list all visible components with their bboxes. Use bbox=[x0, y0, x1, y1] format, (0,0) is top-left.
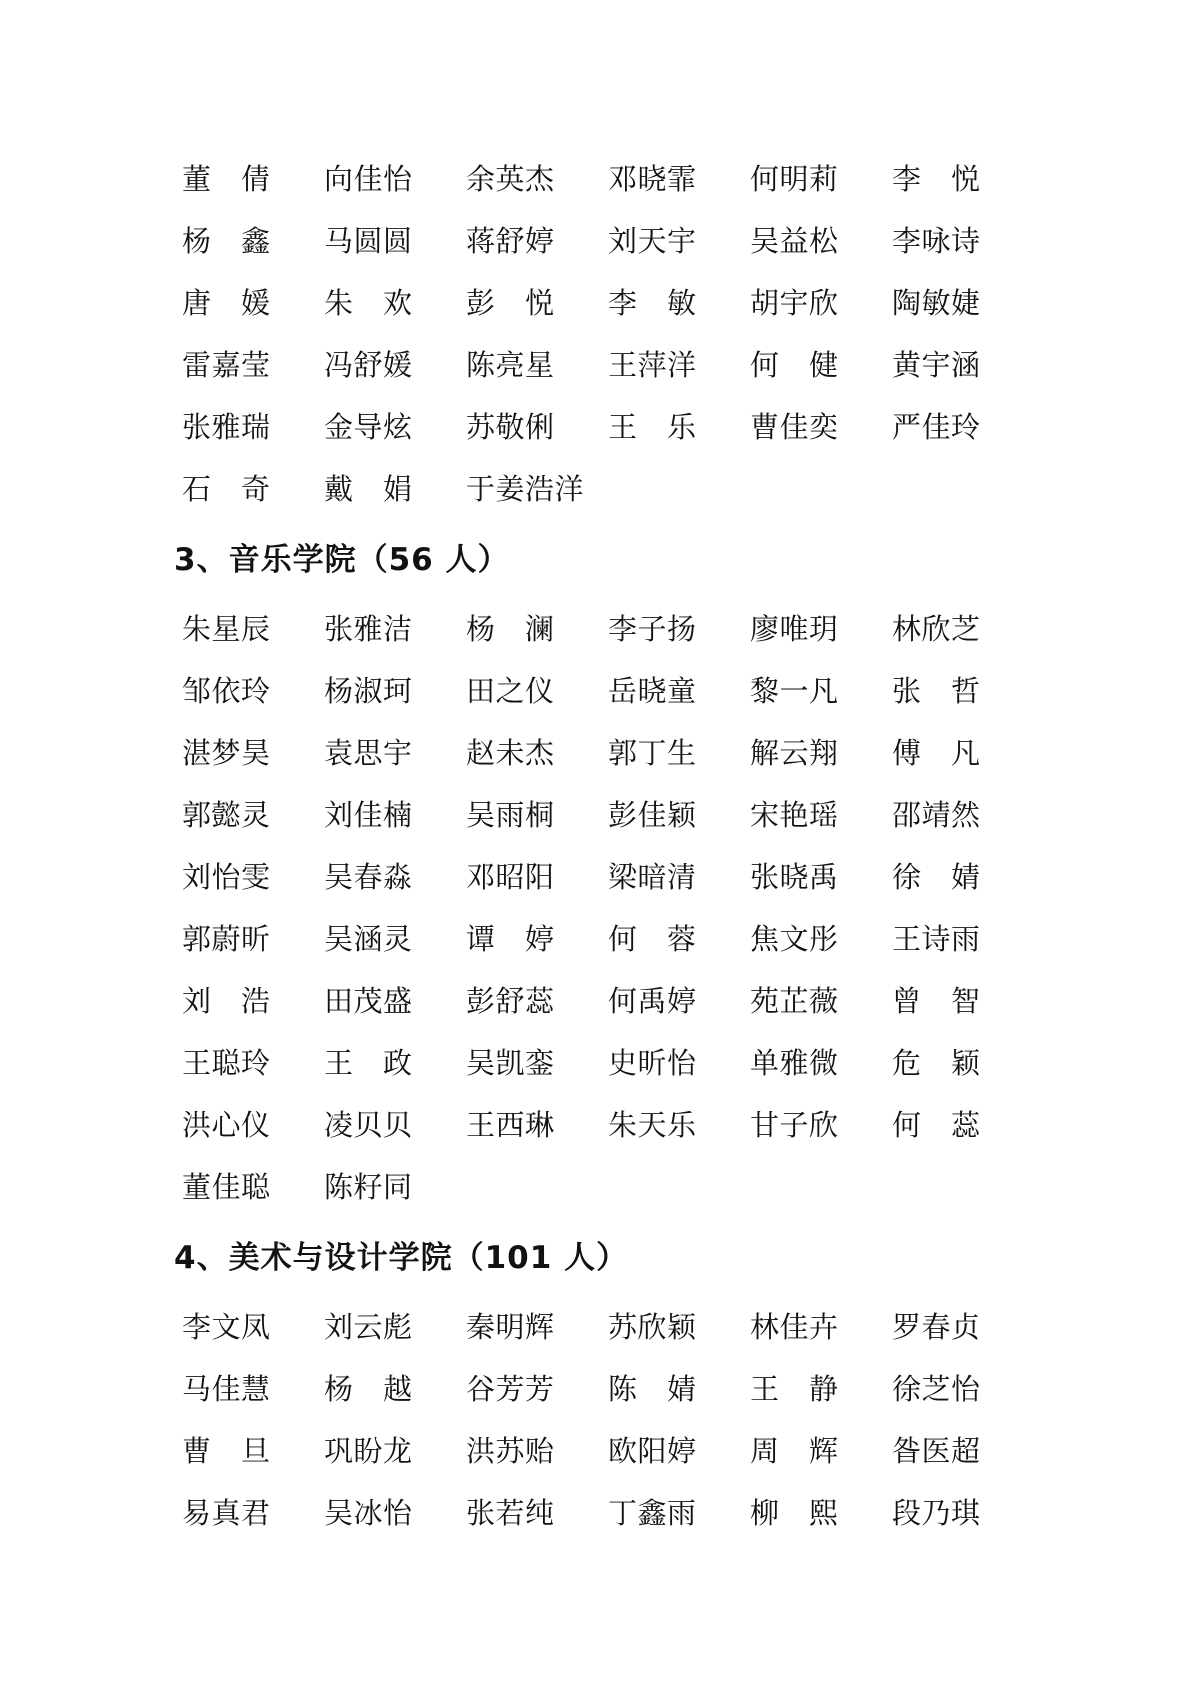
name-cell: 杨 越 bbox=[324, 1374, 466, 1404]
name-row: 刘 浩田茂盛彭舒蕊何禹婷苑芷薇曾 智 bbox=[182, 970, 1012, 1032]
name-cell: 单雅微 bbox=[750, 1048, 892, 1078]
name-cell: 彭 悦 bbox=[466, 288, 608, 318]
name-cell: 廖唯玥 bbox=[750, 614, 892, 644]
name-cell: 唐 媛 bbox=[182, 288, 324, 318]
name-cell: 董佳聪 bbox=[182, 1172, 324, 1202]
name-cell: 昝医超 bbox=[892, 1436, 1034, 1466]
name-cell: 杨淑珂 bbox=[324, 676, 466, 706]
name-cell: 李 悦 bbox=[892, 164, 1034, 194]
name-cell: 何 蓉 bbox=[608, 924, 750, 954]
name-cell: 何 蕊 bbox=[892, 1110, 1034, 1140]
name-cell: 秦明辉 bbox=[466, 1312, 608, 1342]
name-cell: 甘子欣 bbox=[750, 1110, 892, 1140]
name-cell: 谷芳芳 bbox=[466, 1374, 608, 1404]
name-cell: 张雅洁 bbox=[324, 614, 466, 644]
name-cell: 吴涵灵 bbox=[324, 924, 466, 954]
name-cell: 赵未杰 bbox=[466, 738, 608, 768]
name-row: 刘怡雯吴春淼邓昭阳梁暗清张晓禹徐 婧 bbox=[182, 846, 1012, 908]
name-cell: 雷嘉莹 bbox=[182, 350, 324, 380]
name-cell: 刘怡雯 bbox=[182, 862, 324, 892]
name-row: 朱星辰张雅洁杨 澜李子扬廖唯玥林欣芝 bbox=[182, 598, 1012, 660]
name-cell: 吴雨桐 bbox=[466, 800, 608, 830]
name-cell: 李文凤 bbox=[182, 1312, 324, 1342]
name-row: 洪心仪凌贝贝王西琳朱天乐甘子欣何 蕊 bbox=[182, 1094, 1012, 1156]
name-cell: 石 奇 bbox=[182, 474, 324, 504]
name-row: 郭懿灵刘佳楠吴雨桐彭佳颖宋艳瑶邵靖然 bbox=[182, 784, 1012, 846]
name-cell: 陶敏婕 bbox=[892, 288, 1034, 318]
name-cell: 刘佳楠 bbox=[324, 800, 466, 830]
names-grid: 朱星辰张雅洁杨 澜李子扬廖唯玥林欣芝邹依玲杨淑珂田之仪岳晓童黎一凡张 哲湛梦昊袁… bbox=[182, 598, 1012, 1218]
name-cell: 何 健 bbox=[750, 350, 892, 380]
name-cell: 王 静 bbox=[750, 1374, 892, 1404]
name-cell: 徐芝怡 bbox=[892, 1374, 1034, 1404]
name-cell: 李咏诗 bbox=[892, 226, 1034, 256]
name-cell: 李子扬 bbox=[608, 614, 750, 644]
name-row: 雷嘉莹冯舒媛陈亮星王萍洋何 健黄宇涵 bbox=[182, 334, 1012, 396]
name-cell: 戴 娟 bbox=[324, 474, 466, 504]
name-cell: 曹佳奕 bbox=[750, 412, 892, 442]
name-row: 湛梦昊袁思宇赵未杰郭丁生解云翔傅 凡 bbox=[182, 722, 1012, 784]
name-cell: 何禹婷 bbox=[608, 986, 750, 1016]
name-cell: 吴凯銮 bbox=[466, 1048, 608, 1078]
name-row: 王聪玲王 政吴凯銮史昕怡单雅微危 颖 bbox=[182, 1032, 1012, 1094]
name-cell: 田茂盛 bbox=[324, 986, 466, 1016]
name-cell: 何明莉 bbox=[750, 164, 892, 194]
name-cell: 刘 浩 bbox=[182, 986, 324, 1016]
name-cell: 张 哲 bbox=[892, 676, 1034, 706]
name-cell: 邵靖然 bbox=[892, 800, 1034, 830]
name-cell: 罗春贞 bbox=[892, 1312, 1034, 1342]
name-row: 杨 鑫马圆圆蒋舒婷刘天宇吴益松李咏诗 bbox=[182, 210, 1012, 272]
name-cell: 蒋舒婷 bbox=[466, 226, 608, 256]
name-cell: 郭懿灵 bbox=[182, 800, 324, 830]
name-cell: 邓昭阳 bbox=[466, 862, 608, 892]
name-row: 曹 旦巩盼龙洪苏贻欧阳婷周 辉昝医超 bbox=[182, 1420, 1012, 1482]
name-cell: 洪心仪 bbox=[182, 1110, 324, 1140]
name-cell: 梁暗清 bbox=[608, 862, 750, 892]
name-cell: 朱天乐 bbox=[608, 1110, 750, 1140]
section-heading: 3、音乐学院（56 人） bbox=[174, 536, 1012, 584]
name-row: 易真君吴冰怡张若纯丁鑫雨柳 熙段乃琪 bbox=[182, 1482, 1012, 1544]
name-cell: 陈 婧 bbox=[608, 1374, 750, 1404]
name-cell: 危 颖 bbox=[892, 1048, 1034, 1078]
name-cell: 苑芷薇 bbox=[750, 986, 892, 1016]
name-cell: 岳晓童 bbox=[608, 676, 750, 706]
name-cell: 李 敏 bbox=[608, 288, 750, 318]
name-cell: 马佳慧 bbox=[182, 1374, 324, 1404]
name-cell: 郭蔚昕 bbox=[182, 924, 324, 954]
name-cell: 徐 婧 bbox=[892, 862, 1034, 892]
name-cell: 邓晓霏 bbox=[608, 164, 750, 194]
document-page: 董 倩向佳怡余英杰邓晓霏何明莉李 悦杨 鑫马圆圆蒋舒婷刘天宇吴益松李咏诗唐 媛朱… bbox=[0, 0, 1191, 1684]
name-cell: 冯舒媛 bbox=[324, 350, 466, 380]
name-cell: 王诗雨 bbox=[892, 924, 1034, 954]
name-cell: 苏欣颖 bbox=[608, 1312, 750, 1342]
name-cell: 黄宇涵 bbox=[892, 350, 1034, 380]
name-cell: 凌贝贝 bbox=[324, 1110, 466, 1140]
name-cell: 陈亮星 bbox=[466, 350, 608, 380]
name-cell: 刘天宇 bbox=[608, 226, 750, 256]
name-cell: 焦文彤 bbox=[750, 924, 892, 954]
name-cell: 丁鑫雨 bbox=[608, 1498, 750, 1528]
name-cell: 严佳玲 bbox=[892, 412, 1034, 442]
section-heading: 4、美术与设计学院（101 人） bbox=[174, 1234, 1012, 1282]
name-cell: 解云翔 bbox=[750, 738, 892, 768]
name-cell: 易真君 bbox=[182, 1498, 324, 1528]
name-row: 石 奇戴 娟于姜浩洋 bbox=[182, 458, 1012, 520]
name-cell: 朱星辰 bbox=[182, 614, 324, 644]
name-cell: 湛梦昊 bbox=[182, 738, 324, 768]
name-row: 董佳聪陈籽同 bbox=[182, 1156, 1012, 1218]
name-cell: 吴春淼 bbox=[324, 862, 466, 892]
name-cell: 欧阳婷 bbox=[608, 1436, 750, 1466]
name-row: 马佳慧杨 越谷芳芳陈 婧王 静徐芝怡 bbox=[182, 1358, 1012, 1420]
name-cell: 谭 婷 bbox=[466, 924, 608, 954]
name-cell: 马圆圆 bbox=[324, 226, 466, 256]
name-row: 董 倩向佳怡余英杰邓晓霏何明莉李 悦 bbox=[182, 148, 1012, 210]
name-cell: 王萍洋 bbox=[608, 350, 750, 380]
name-cell: 张若纯 bbox=[466, 1498, 608, 1528]
name-row: 唐 媛朱 欢彭 悦李 敏胡宇欣陶敏婕 bbox=[182, 272, 1012, 334]
name-cell: 董 倩 bbox=[182, 164, 324, 194]
name-cell: 陈籽同 bbox=[324, 1172, 466, 1202]
name-cell: 杨 澜 bbox=[466, 614, 608, 644]
name-row: 郭蔚昕吴涵灵谭 婷何 蓉焦文彤王诗雨 bbox=[182, 908, 1012, 970]
name-cell: 傅 凡 bbox=[892, 738, 1034, 768]
name-cell: 彭舒蕊 bbox=[466, 986, 608, 1016]
name-cell: 段乃琪 bbox=[892, 1498, 1034, 1528]
name-cell: 田之仪 bbox=[466, 676, 608, 706]
name-cell: 宋艳瑶 bbox=[750, 800, 892, 830]
name-cell: 向佳怡 bbox=[324, 164, 466, 194]
name-cell: 金导炫 bbox=[324, 412, 466, 442]
name-cell: 邹依玲 bbox=[182, 676, 324, 706]
name-cell: 袁思宇 bbox=[324, 738, 466, 768]
name-cell: 洪苏贻 bbox=[466, 1436, 608, 1466]
name-row: 李文凤刘云彪秦明辉苏欣颖林佳卉罗春贞 bbox=[182, 1296, 1012, 1358]
name-cell: 张晓禹 bbox=[750, 862, 892, 892]
name-cell: 张雅瑞 bbox=[182, 412, 324, 442]
name-cell: 刘云彪 bbox=[324, 1312, 466, 1342]
name-cell: 王聪玲 bbox=[182, 1048, 324, 1078]
name-cell: 王西琳 bbox=[466, 1110, 608, 1140]
document-content: 董 倩向佳怡余英杰邓晓霏何明莉李 悦杨 鑫马圆圆蒋舒婷刘天宇吴益松李咏诗唐 媛朱… bbox=[182, 148, 1012, 1544]
name-cell: 苏敬俐 bbox=[466, 412, 608, 442]
names-grid: 董 倩向佳怡余英杰邓晓霏何明莉李 悦杨 鑫马圆圆蒋舒婷刘天宇吴益松李咏诗唐 媛朱… bbox=[182, 148, 1012, 520]
name-cell: 胡宇欣 bbox=[750, 288, 892, 318]
name-cell: 吴冰怡 bbox=[324, 1498, 466, 1528]
name-row: 张雅瑞金导炫苏敬俐王 乐曹佳奕严佳玲 bbox=[182, 396, 1012, 458]
name-cell: 于姜浩洋 bbox=[466, 474, 608, 504]
name-cell: 曾 智 bbox=[892, 986, 1034, 1016]
name-cell: 吴益松 bbox=[750, 226, 892, 256]
name-cell: 彭佳颖 bbox=[608, 800, 750, 830]
name-cell: 曹 旦 bbox=[182, 1436, 324, 1466]
name-cell: 周 辉 bbox=[750, 1436, 892, 1466]
name-cell: 郭丁生 bbox=[608, 738, 750, 768]
name-cell: 林佳卉 bbox=[750, 1312, 892, 1342]
names-grid: 李文凤刘云彪秦明辉苏欣颖林佳卉罗春贞马佳慧杨 越谷芳芳陈 婧王 静徐芝怡曹 旦巩… bbox=[182, 1296, 1012, 1544]
name-cell: 林欣芝 bbox=[892, 614, 1034, 644]
name-cell: 黎一凡 bbox=[750, 676, 892, 706]
name-cell: 王 政 bbox=[324, 1048, 466, 1078]
name-cell: 杨 鑫 bbox=[182, 226, 324, 256]
name-cell: 余英杰 bbox=[466, 164, 608, 194]
name-cell: 柳 熙 bbox=[750, 1498, 892, 1528]
name-row: 邹依玲杨淑珂田之仪岳晓童黎一凡张 哲 bbox=[182, 660, 1012, 722]
name-cell: 王 乐 bbox=[608, 412, 750, 442]
name-cell: 史昕怡 bbox=[608, 1048, 750, 1078]
name-cell: 巩盼龙 bbox=[324, 1436, 466, 1466]
name-cell: 朱 欢 bbox=[324, 288, 466, 318]
